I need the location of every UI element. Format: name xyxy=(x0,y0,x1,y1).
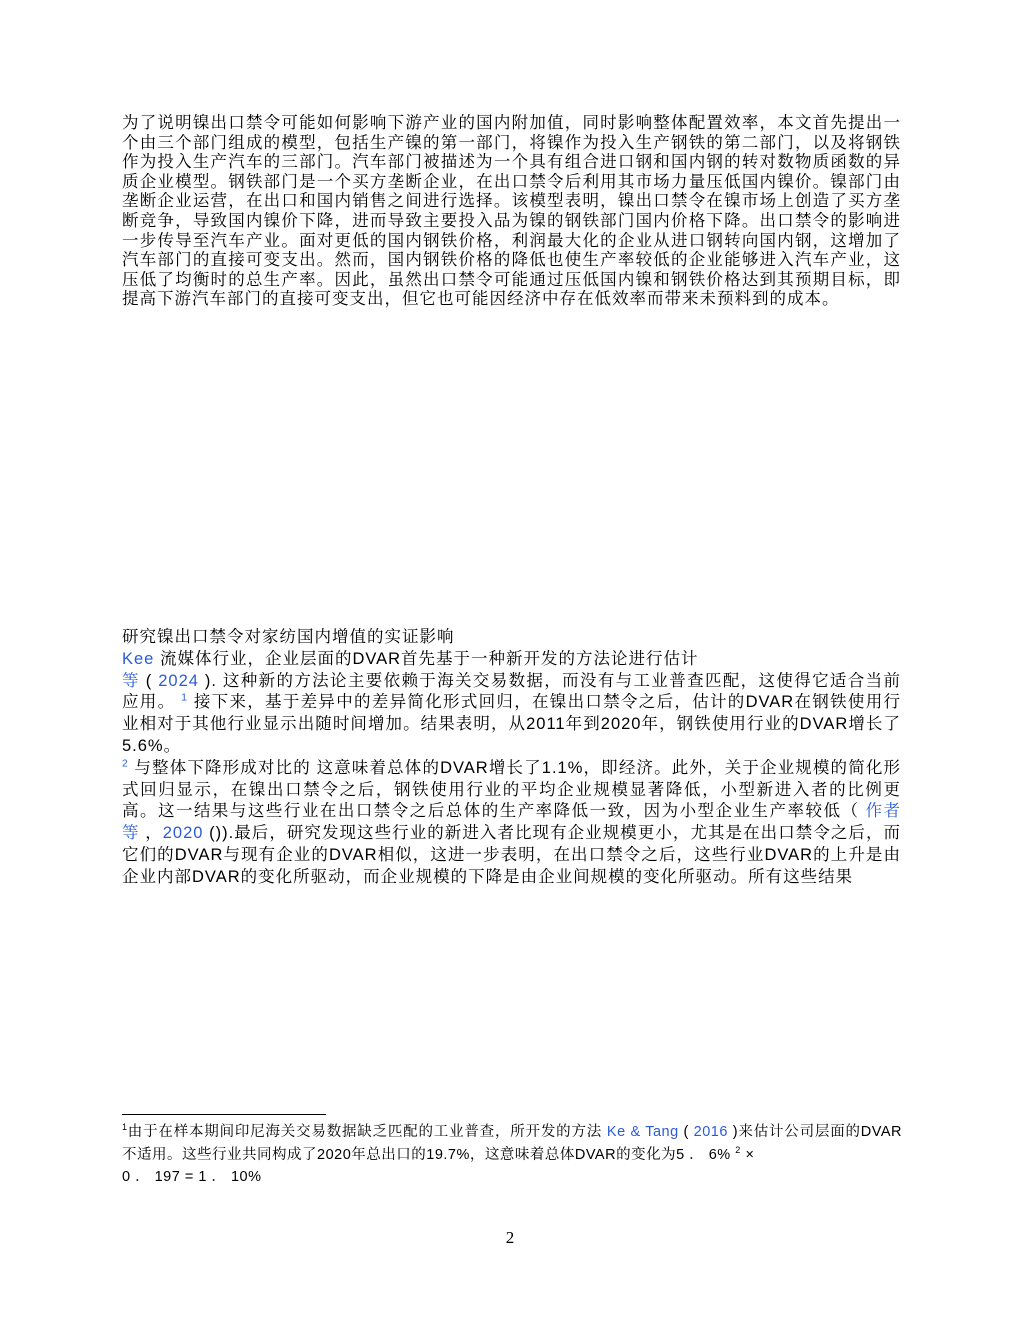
text-run: 由于在样本期间印尼海关交易数据缺乏匹配的工业普查，所开发的方法 xyxy=(128,1124,607,1140)
text-run: × xyxy=(741,1147,755,1163)
footnote-text: 1由于在样本期间印尼海关交易数据缺乏匹配的工业普查，所开发的方法 Ke & Ta… xyxy=(122,1121,902,1189)
citation-link[interactable]: 等 xyxy=(122,672,140,690)
footnote-ref-link[interactable]: 2 xyxy=(122,758,129,769)
footnote: 1由于在样本期间印尼海关交易数据缺乏匹配的工业普查，所开发的方法 Ke & Ta… xyxy=(122,1114,902,1189)
text-run: 流媒体行业，企业层面的DVAR首先基于一种新开发的方法论进行估计 xyxy=(154,650,698,668)
text-run: ， xyxy=(140,824,163,842)
text-run: 0 ． 197 = 1 ． 10% xyxy=(122,1169,261,1185)
citation-link[interactable]: Kee xyxy=(122,650,154,668)
citation-link[interactable]: Ke & Tang xyxy=(607,1124,679,1140)
abstract-paragraph: 为了说明镍出口禁令可能如何影响下游产业的国内附加值，同时影响整体配置效率，本文首… xyxy=(122,114,901,310)
text-run: 接下来，基于差异中的差异简化形式回归，在镍出口禁令之后，估计的DVAR在钢铁使用… xyxy=(122,693,901,755)
text-run: ()).最后，研究发现这些行业的新进入者比现有企业规模更小，尤其是在出口禁令之后… xyxy=(122,824,901,886)
text-run: ( xyxy=(679,1124,694,1140)
section-paragraph: Kee 流媒体行业，企业层面的DVAR首先基于一种新开发的方法论进行估计等 ( … xyxy=(122,649,901,889)
footnote-rule xyxy=(122,1114,326,1115)
citation-link[interactable]: 2024 xyxy=(158,672,199,690)
document-page: 为了说明镍出口禁令可能如何影响下游产业的国内附加值，同时影响整体配置效率，本文首… xyxy=(0,0,1020,1320)
citation-link[interactable]: 2016 xyxy=(694,1124,728,1140)
footnote-ref-link[interactable]: 1 xyxy=(181,693,188,704)
page-number: 2 xyxy=(0,1228,1020,1248)
text-run: 与整体下降形成对比的 这意味着总体的DVAR增长了1.1%，即经济。此外，关于企… xyxy=(122,759,901,821)
text-run: ( xyxy=(140,672,158,690)
empirical-section: 研究镍出口禁令对家纺国内增值的实证影响 Kee 流媒体行业，企业层面的DVAR首… xyxy=(122,627,901,889)
section-heading: 研究镍出口禁令对家纺国内增值的实证影响 xyxy=(122,627,901,649)
citation-link[interactable]: 2020 xyxy=(163,824,204,842)
